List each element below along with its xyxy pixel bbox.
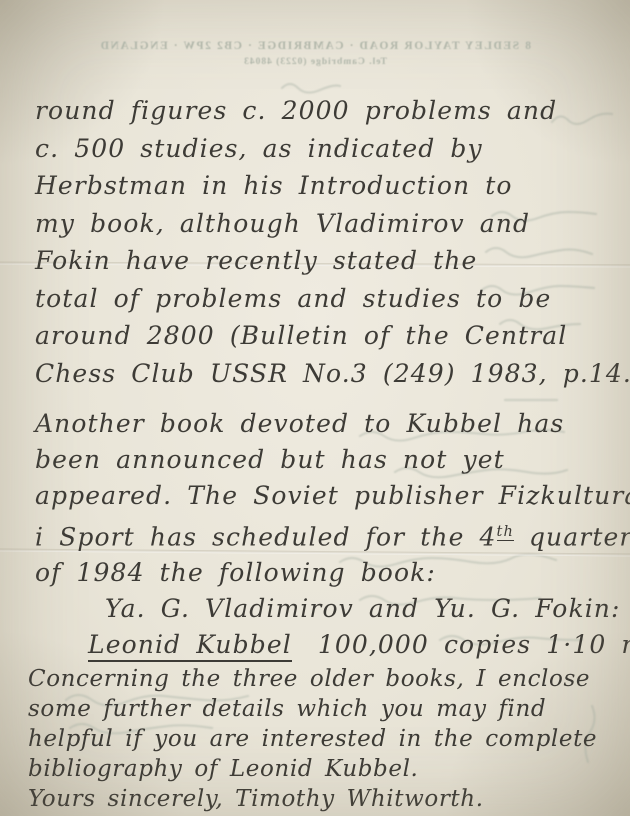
handwritten-line: helpful if you are interested in the com… <box>28 724 597 754</box>
letterhead-address: 8 SEDLEY TAYLOR ROAD · CAMBRIDGE · CB2 2… <box>0 40 630 52</box>
book-details: 100,000 copies 1·10 roubles. <box>318 630 630 659</box>
handwritten-line: been announced but has not yet <box>35 442 630 478</box>
ordinal-superscript: th <box>497 524 514 541</box>
handwritten-line: Herbstman in his Introduction to <box>35 167 630 205</box>
quarter-line-post: quarter <box>514 522 630 551</box>
letter-page: 8 SEDLEY TAYLOR ROAD · CAMBRIDGE · CB2 2… <box>0 0 630 816</box>
quarter-line-pre: i Sport has scheduled for the 4 <box>35 522 497 551</box>
handwritten-paragraph-1: round figures c. 2000 problems and c. 50… <box>35 92 630 392</box>
handwritten-line: around 2800 (Bulletin of the Central <box>35 317 630 355</box>
handwritten-paragraph-3: Concerning the three older books, I encl… <box>28 664 597 814</box>
handwritten-line: total of problems and studies to be <box>35 280 630 318</box>
letterhead-bleed-through: 8 SEDLEY TAYLOR ROAD · CAMBRIDGE · CB2 2… <box>0 40 630 67</box>
signature-line: Yours sincerely, Timothy Whitworth. <box>28 784 597 814</box>
handwritten-line: Chess Club USSR No.3 (249) 1983, p.14.) <box>35 355 630 393</box>
handwritten-line: round figures c. 2000 problems and <box>35 92 630 130</box>
handwritten-line: of 1984 the following book: <box>35 555 630 591</box>
handwritten-line: bibliography of Leonid Kubbel. <box>28 754 597 784</box>
handwritten-line: my book, although Vladimirov and <box>35 205 630 243</box>
handwritten-paragraph-2: Another book devoted to Kubbel has been … <box>35 406 630 663</box>
handwritten-line-authors: Ya. G. Vladimirov and Yu. G. Fokin: <box>35 591 630 627</box>
handwritten-line: appeared. The Soviet publisher Fizkultur… <box>35 478 630 514</box>
handwritten-line: i Sport has scheduled for the 4th quarte… <box>35 514 630 555</box>
handwritten-line: Fokin have recently stated the <box>35 242 630 280</box>
handwritten-line: Concerning the three older books, I encl… <box>28 664 597 694</box>
book-title-underlined: Leonid Kubbel <box>88 630 292 662</box>
letterhead-phone: Tel. Cambridge (0223) 48043 <box>0 57 630 67</box>
handwritten-line-book: Leonid Kubbel100,000 copies 1·10 roubles… <box>35 627 630 663</box>
handwritten-line: c. 500 studies, as indicated by <box>35 130 630 168</box>
handwritten-line: Another book devoted to Kubbel has <box>35 406 630 442</box>
handwritten-line: some further details which you may find <box>28 694 597 724</box>
